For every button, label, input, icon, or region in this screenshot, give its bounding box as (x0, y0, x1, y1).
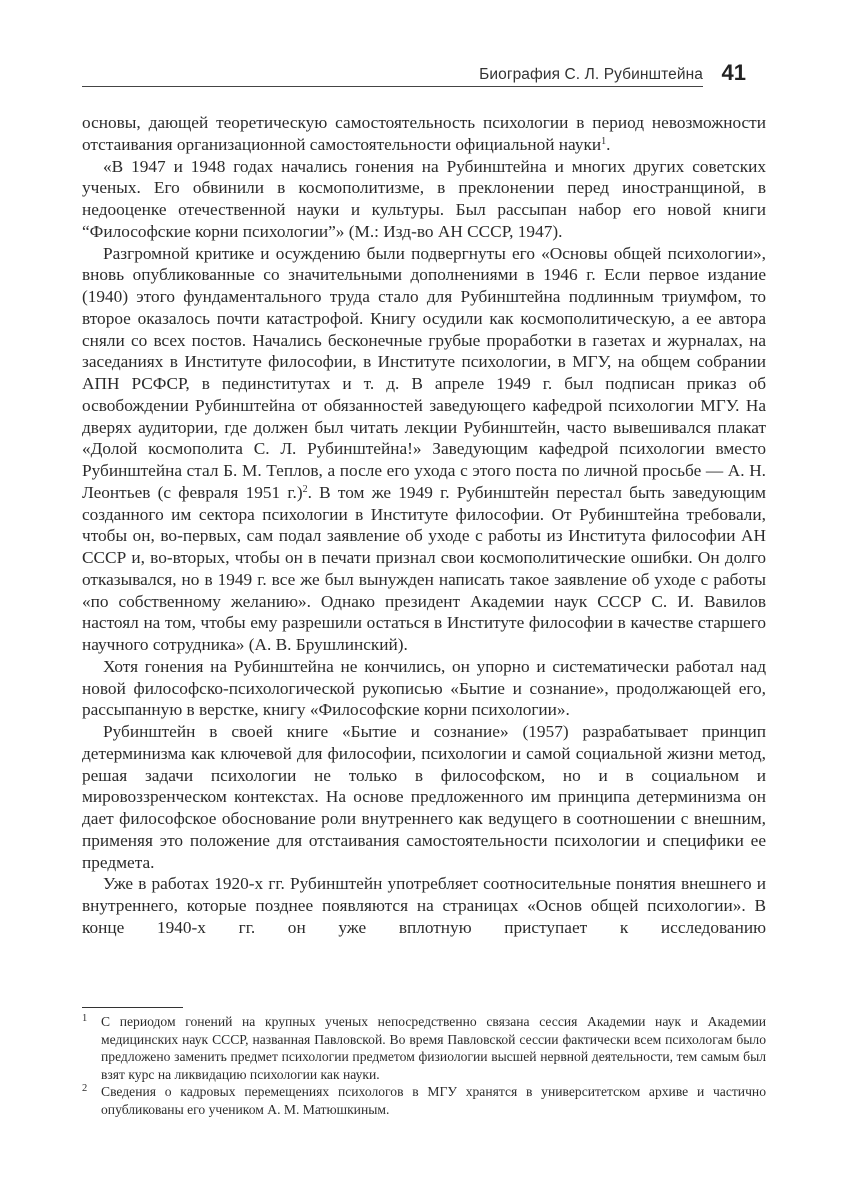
footnote-text: С периодом гонений на крупных ученых неп… (101, 1014, 766, 1082)
paragraph: Хотя гонения на Рубинштейна не кончились… (82, 656, 766, 721)
paragraph: Уже в работах 1920-х гг. Рубинштейн упот… (82, 873, 766, 938)
footnote-text: Сведения о кадровых перемещениях психоло… (101, 1084, 766, 1117)
running-head-title: Биография С. Л. Рубинштейна (479, 66, 703, 84)
footnote: 1 С периодом гонений на крупных ученых н… (82, 1013, 766, 1083)
footnote: 2 Сведения о кадровых перемещениях психо… (82, 1083, 766, 1118)
paragraph: Рубинштейн в своей книге «Бытие и сознан… (82, 721, 766, 873)
running-head: Биография С. Л. Рубинштейна 41 (82, 62, 766, 92)
paragraph: «В 1947 и 1948 годах начались гонения на… (82, 156, 766, 243)
running-head-rule (82, 86, 703, 87)
body-text: основы, дающей теоретическую самостоятел… (82, 112, 766, 939)
page-number: 41 (722, 60, 746, 86)
footnote-number: 1 (82, 1010, 87, 1028)
footnotes: 1 С периодом гонений на крупных ученых н… (82, 1013, 766, 1119)
paragraph: Разгромной критике и осуждению были подв… (82, 243, 766, 656)
paragraph: основы, дающей теоретическую самостоятел… (82, 112, 766, 156)
footnote-separator (82, 1007, 183, 1008)
footnote-number: 2 (82, 1080, 87, 1098)
